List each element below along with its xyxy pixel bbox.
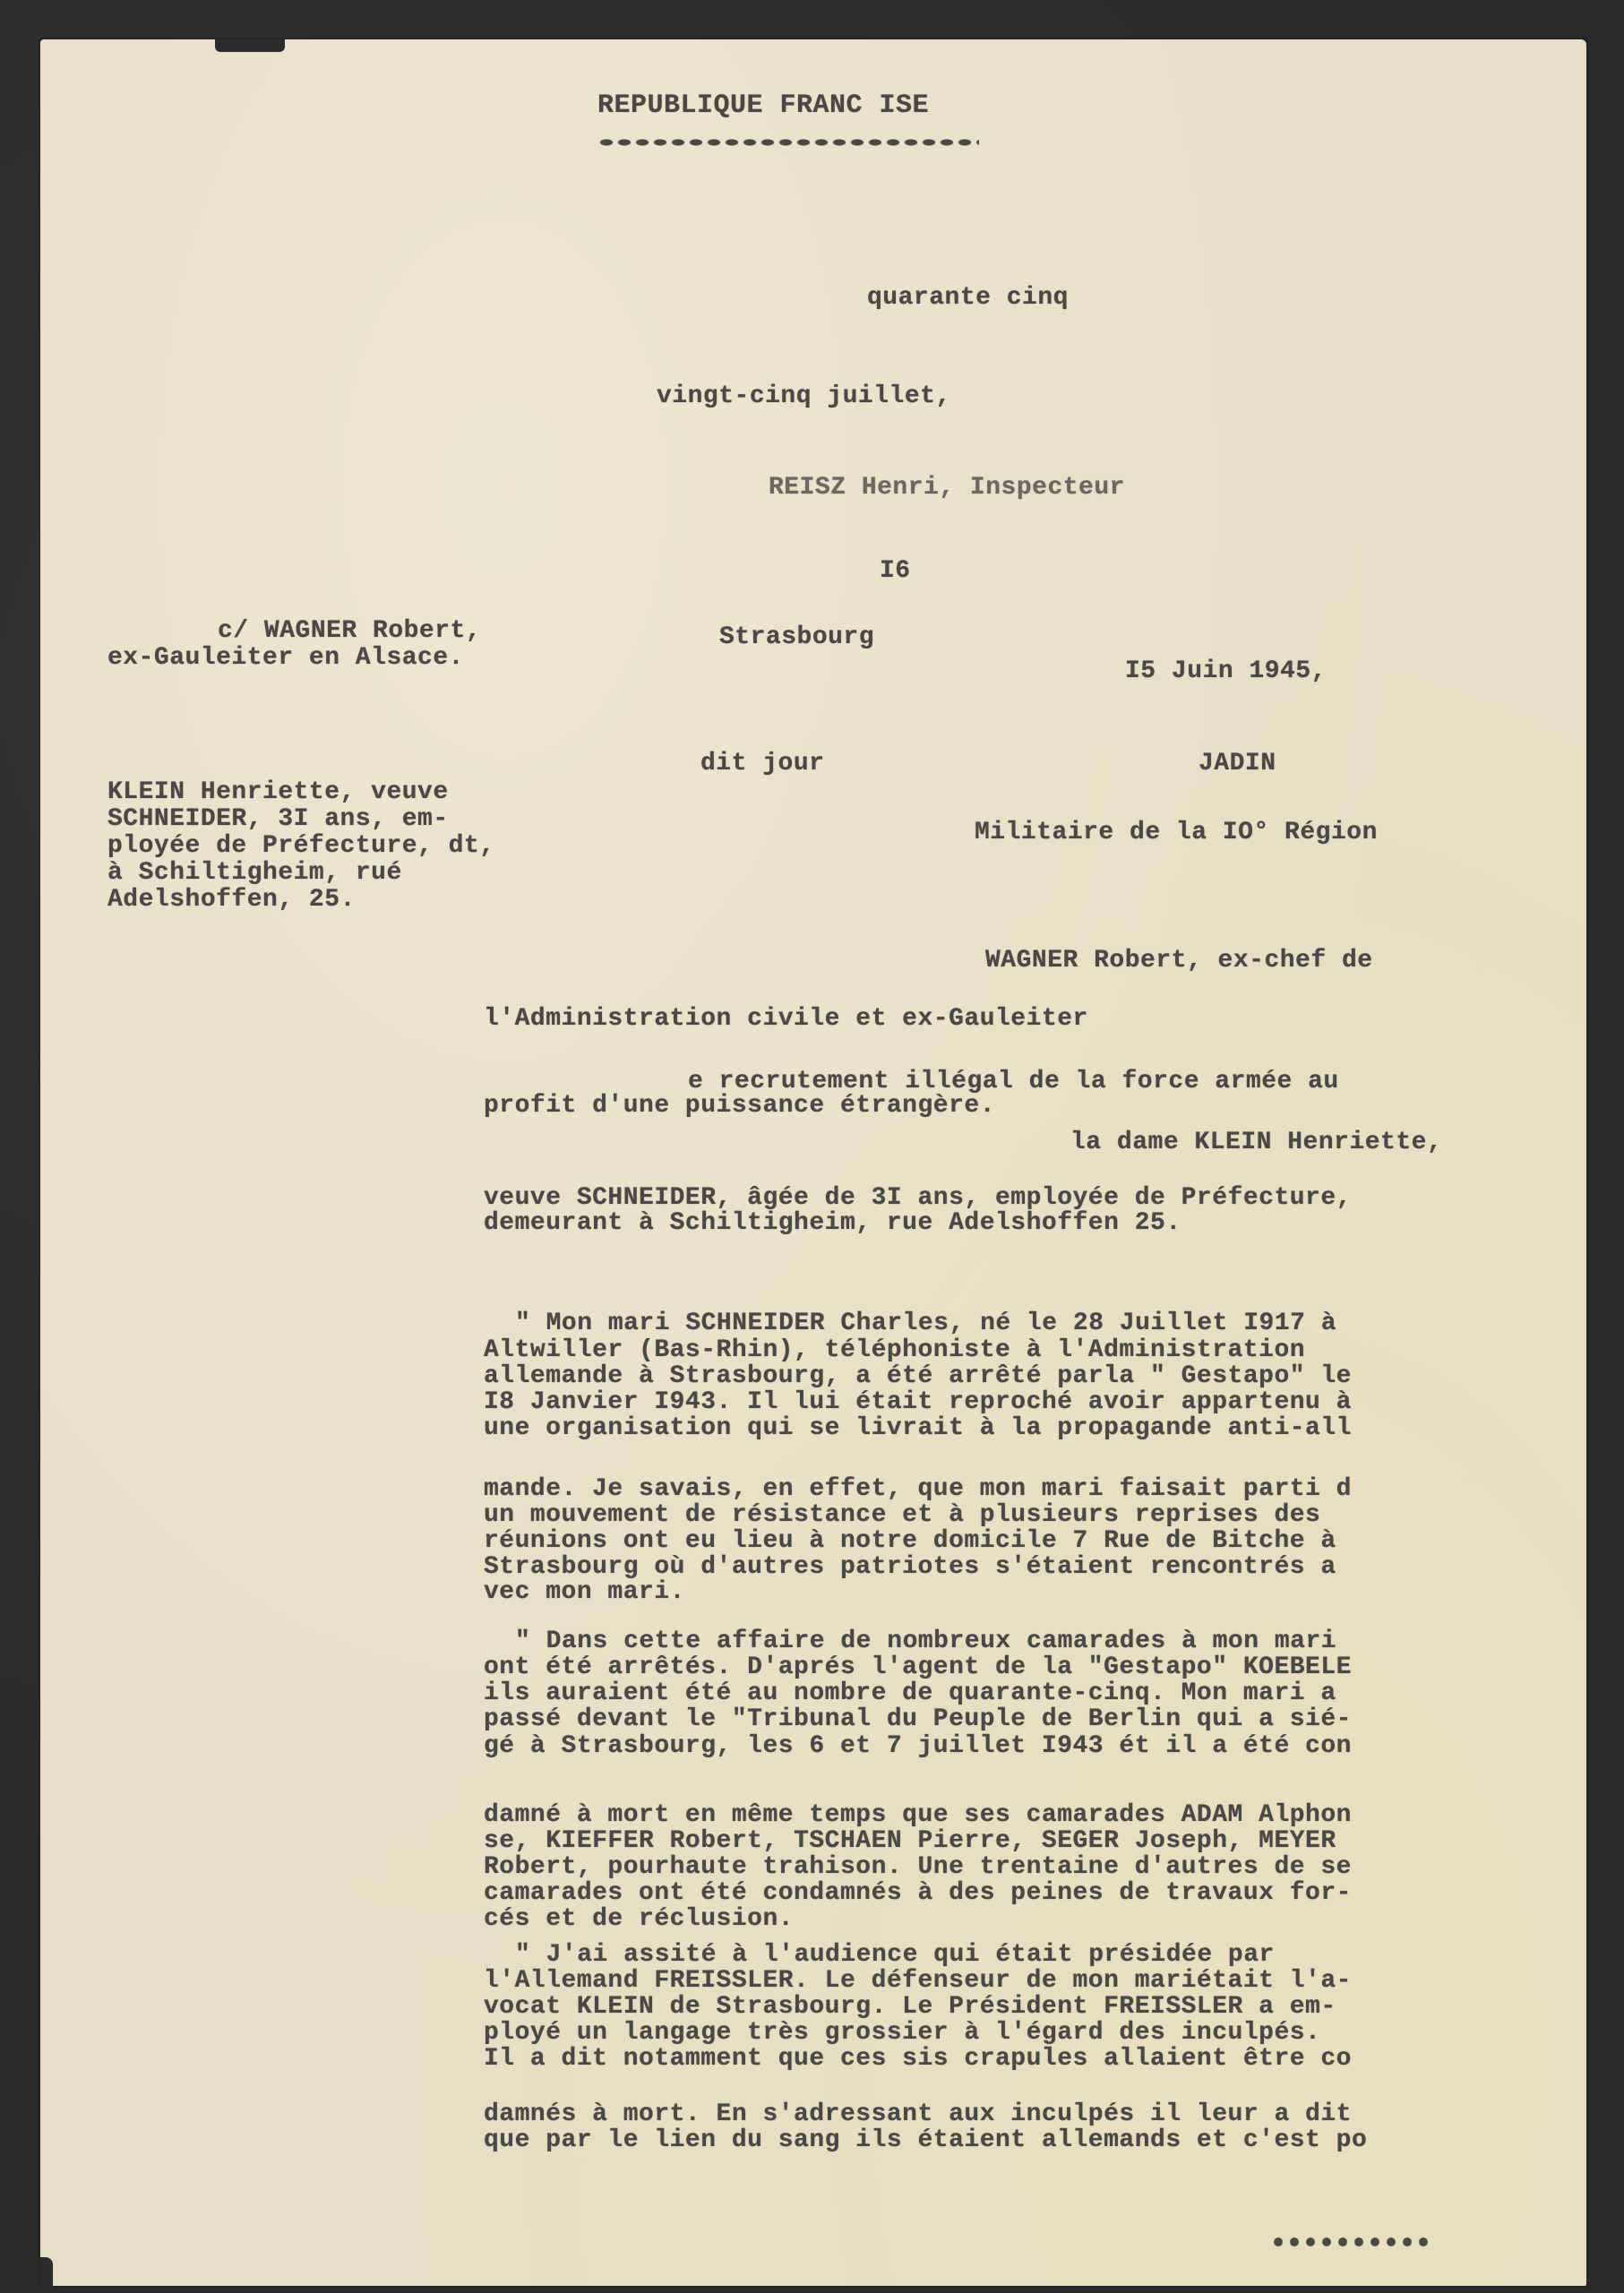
testimony-line: se, KIEFFER Robert, TSCHAEN Pierre, SEGE…	[484, 1828, 1336, 1855]
testimony-line: réunions ont eu lieu à notre domicile 7 …	[484, 1528, 1336, 1555]
testimony-line: une organisation qui se livrait à la pro…	[484, 1415, 1352, 1442]
paper-notch	[215, 39, 285, 52]
testimony-line: ils auraient été au nombre de quarante-c…	[484, 1680, 1336, 1707]
testimony-line: cés et de réclusion.	[484, 1906, 794, 1933]
testimony-line: I8 Janvier I943. Il lui était reproché a…	[484, 1389, 1352, 1416]
accusation-line-1: WAGNER Robert, ex-chef de	[985, 948, 1373, 975]
testimony-line: camarades ont été condamnés à des peines…	[484, 1880, 1352, 1907]
city: Strasbourg	[719, 624, 874, 651]
date-line: I5 Juin 1945,	[1125, 658, 1327, 685]
accusation-line-7: demeurant à Schiltigheim, rue Adelshoffe…	[484, 1210, 1181, 1237]
testimony-line: que par le lien du sang ils étaient alle…	[484, 2127, 1367, 2154]
testimony-line: passé devant le "Tribunal du Peuple de B…	[484, 1706, 1352, 1733]
militaire-region: Militaire de la IO° Région	[975, 820, 1378, 846]
testimony-line: damnés à mort. En s'adressant aux inculp…	[484, 2101, 1352, 2128]
accusation-line-2: l'Administration civile et ex-Gauleiter	[484, 1006, 1088, 1033]
testimony-line: l'Allemand FREISSLER. Le défenseur de mo…	[484, 1968, 1352, 1995]
accusation-line-5: la dame KLEIN Henriette,	[1070, 1129, 1442, 1156]
witness-line-2: SCHNEIDER, 3I ans, em-	[107, 806, 449, 833]
testimony-line: ployé un langage très grossier à l'égard…	[484, 2020, 1320, 2047]
witness-line-1: KLEIN Henriette, veuve	[107, 779, 449, 806]
subject-line-2: ex-Gauleiter en Alsace.	[107, 645, 464, 672]
testimony-line: gé à Strasbourg, les 6 et 7 juillet I943…	[484, 1733, 1352, 1760]
date-words: vingt-cinq juillet,	[657, 383, 951, 410]
testimony-line: un mouvement de résistance et à plusieur…	[484, 1502, 1320, 1529]
testimony-line: " J'ai assité à l'audience qui était pré…	[515, 1942, 1275, 1969]
testimony-line: mande. Je savais, en effet, que mon mari…	[484, 1476, 1352, 1503]
continuation-dots	[1270, 2237, 1431, 2247]
subject-line-1: c/ WAGNER Robert,	[218, 618, 481, 645]
testimony-line: " Mon mari SCHNEIDER Charles, né le 28 J…	[515, 1310, 1336, 1337]
testimony-line: Robert, pourhaute trahison. Une trentain…	[484, 1854, 1352, 1881]
year-words: quarante cinq	[867, 285, 1069, 312]
officer-number: I6	[880, 558, 911, 585]
officer-name: REISZ Henri, Inspecteur	[769, 475, 1125, 502]
testimony-line: vec mon mari.	[484, 1579, 685, 1606]
dit-jour: dit jour	[700, 751, 824, 777]
header-title: REPUBLIQUE FRANC ISE	[597, 92, 929, 119]
testimony-line: vocat KLEIN de Strasbourg. Le Président …	[484, 1994, 1336, 2021]
testimony-line: ont été arrêtés. D'aprés l'agent de la "…	[484, 1654, 1352, 1681]
testimony-line: " Dans cette affaire de nombreux camarad…	[515, 1628, 1336, 1655]
testimony-line: allemande à Strasbourg, a été arrêté par…	[484, 1363, 1352, 1390]
witness-line-5: Adelshoffen, 25.	[107, 887, 356, 914]
testimony-line: damné à mort en même temps que ses camar…	[484, 1802, 1352, 1829]
testimony-line: Strasbourg où d'autres patriotes s'étaie…	[484, 1554, 1336, 1581]
paper-tear	[40, 2257, 53, 2293]
witness-line-4: à Schiltigheim, rué	[107, 860, 402, 887]
testimony-line: Il a dit notamment que ces sis crapules …	[484, 2046, 1352, 2073]
accusation-line-6: veuve SCHNEIDER, âgée de 3I ans, employé…	[484, 1185, 1352, 1212]
jadin: JADIN	[1199, 751, 1276, 777]
accusation-line-4: profit d'une puissance étrangère.	[484, 1093, 995, 1120]
witness-line-3: ployée de Préfecture, dt,	[107, 833, 495, 860]
testimony-line: Altwiller (Bas-Rhin), téléphoniste à l'A…	[484, 1337, 1305, 1364]
header-underline	[597, 138, 979, 147]
